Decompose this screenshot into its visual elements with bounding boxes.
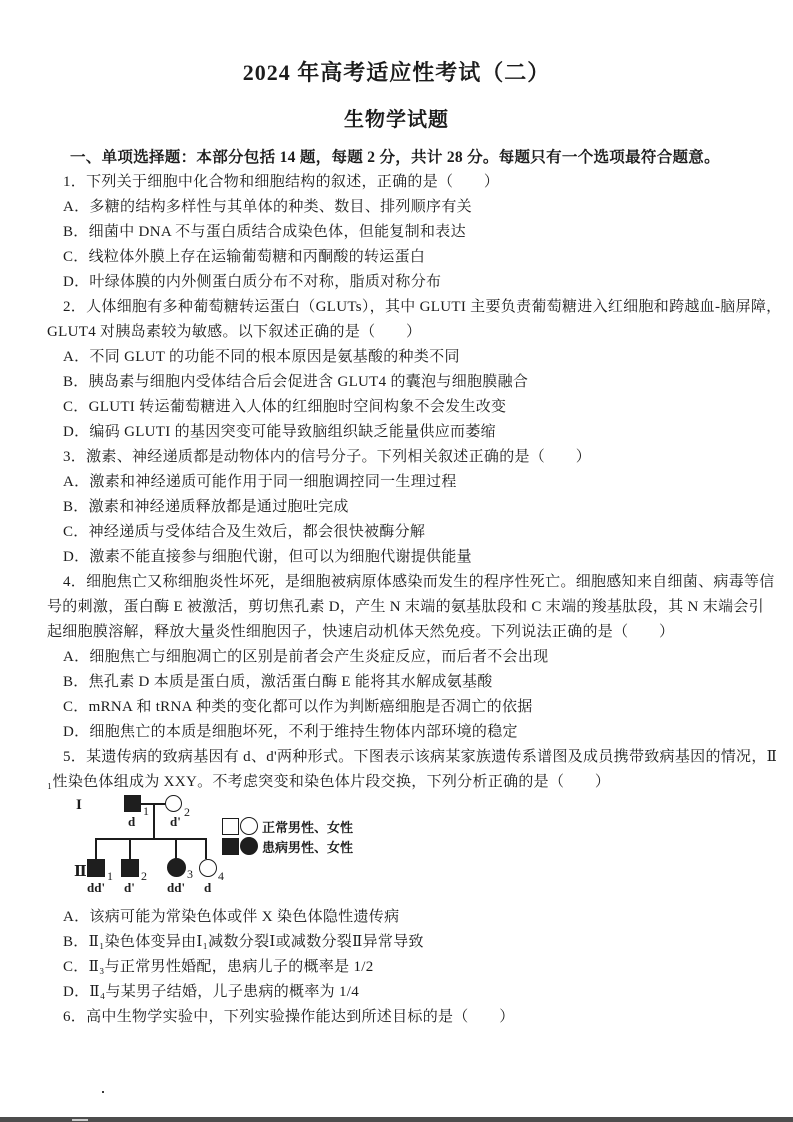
question-5-stem-line-1: 5．某遗传病的致病基因有 d、d'两种形式。下图表示该病某家族遗传系谱图及成员携… xyxy=(47,745,753,770)
question-4-stem-line-2: 号的刺激，蛋白酶 E 被激活，剪切焦孔素 D，产生 N 末端的氨基肽段和 C 末… xyxy=(47,595,753,620)
page-bottom-scan-edge xyxy=(0,1117,793,1122)
drop-line-II2 xyxy=(129,838,131,859)
drop-line-II1 xyxy=(95,838,97,859)
question-5-stem-line-2: ₁性染色体组成为 XXY。不考虑突变和染色体片段交换，下列分析正确的是（ ） xyxy=(47,770,753,795)
question-3-stem: 3．激素、神经递质都是动物体内的信号分子。下列相关叙述正确的是（ ） xyxy=(47,445,753,470)
individual-II1-number: 1 xyxy=(107,870,113,882)
legend-normal-female-icon xyxy=(240,817,258,835)
scan-noise-mark xyxy=(72,1119,88,1121)
individual-II4-genotype: d xyxy=(204,881,211,894)
question-4-option-d: D．细胞焦亡的本质是细胞坏死，不利于维持生物体内部环境的稳定 xyxy=(47,720,753,745)
legend-normal-label: 正常男性、女性 xyxy=(262,820,353,835)
question-1-stem: 1．下列关于细胞中化合物和细胞结构的叙述，正确的是（ ） xyxy=(47,170,753,195)
question-2: 2．人体细胞有多种葡萄糖转运蛋白（GLUTs），其中 GLUTI 主要负责葡萄糖… xyxy=(47,295,753,445)
legend-normal-male-icon xyxy=(222,818,239,835)
individual-II3-number: 3 xyxy=(187,868,193,880)
question-1-option-c: C．线粒体外膜上存在运输葡萄糖和丙酮酸的转运蛋白 xyxy=(47,245,753,270)
individual-I1-number: 1 xyxy=(143,805,149,817)
question-3: 3．激素、神经递质都是动物体内的信号分子。下列相关叙述正确的是（ ） A．激素和… xyxy=(47,445,753,570)
individual-II1-genotype: dd' xyxy=(87,881,105,894)
question-1-option-b: B．细菌中 DNA 不与蛋白质结合成染色体，但能复制和表达 xyxy=(47,220,753,245)
question-3-option-c: C．神经递质与受体结合及生效后，都会很快被酶分解 xyxy=(47,520,753,545)
normal-female-symbol-I2 xyxy=(165,795,182,812)
page-title: 2024 年高考适应性考试（二） xyxy=(0,56,793,87)
generation-1-label: I xyxy=(76,798,82,813)
individual-II2-genotype: d' xyxy=(124,881,135,894)
question-1: 1．下列关于细胞中化合物和细胞结构的叙述，正确的是（ ） A．多糖的结构多样性与… xyxy=(47,170,753,295)
question-5-option-a: A．该病可能为常染色体或伴 X 染色体隐性遗传病 xyxy=(47,905,753,930)
question-3-option-d: D．激素不能直接参与细胞代谢，但可以为细胞代谢提供能量 xyxy=(47,545,753,570)
question-6: 6．高中生物学实验中，下列实验操作能达到所述目标的是（ ） xyxy=(47,1005,753,1030)
individual-II2-number: 2 xyxy=(141,870,147,882)
question-2-stem-line-1: 2．人体细胞有多种葡萄糖转运蛋白（GLUTs），其中 GLUTI 主要负责葡萄糖… xyxy=(47,295,753,320)
question-4-option-a: A．细胞焦亡与细胞凋亡的区别是前者会产生炎症反应，而后者不会出现 xyxy=(47,645,753,670)
question-1-option-a: A．多糖的结构多样性与其单体的种类、数目、排列顺序有关 xyxy=(47,195,753,220)
question-4-stem-line-3: 起细胞膜溶解，释放大量炎性细胞因子，快速启动机体天然免疫。下列说法正确的是（ ） xyxy=(47,620,753,645)
sibling-line xyxy=(95,838,206,840)
question-1-option-d: D．叶绿体膜的内外侧蛋白质分布不对称，脂质对称分布 xyxy=(47,270,753,295)
individual-II3-genotype: dd' xyxy=(167,881,185,894)
generation-2-label: Ⅱ xyxy=(74,865,87,880)
affected-male-symbol-I1 xyxy=(124,795,141,812)
drop-line-II3 xyxy=(175,838,177,859)
scan-dot-artifact xyxy=(102,1091,104,1093)
question-2-option-c: C．GLUTI 转运葡萄糖进入人体的红细胞时空间构象不会发生改变 xyxy=(47,395,753,420)
question-5-option-d: D．Ⅱ₄与某男子结婚，儿子患病的概率为 1/4 xyxy=(47,980,753,1005)
legend-affected-male-icon xyxy=(222,838,239,855)
question-4-option-c: C．mRNA 和 tRNA 种类的变化都可以作为判断癌细胞是否凋亡的依据 xyxy=(47,695,753,720)
question-2-option-d: D．编码 GLUTI 的基因突变可能导致脑组织缺乏能量供应而萎缩 xyxy=(47,420,753,445)
pedigree-figure: I 1 2 d d' Ⅱ 1 2 3 4 dd' d' dd' xyxy=(47,795,753,905)
question-6-stem: 6．高中生物学实验中，下列实验操作能达到所述目标的是（ ） xyxy=(47,1005,753,1030)
question-2-option-b: B．胰岛素与细胞内受体结合后会促进含 GLUT4 的囊泡与细胞膜融合 xyxy=(47,370,753,395)
descent-line xyxy=(153,803,155,839)
individual-I1-genotype: d xyxy=(128,815,135,828)
question-2-option-a: A．不同 GLUT 的功能不同的根本原因是氨基酸的种类不同 xyxy=(47,345,753,370)
page-subtitle: 生物学试题 xyxy=(0,103,793,132)
normal-female-symbol-II4 xyxy=(199,859,217,877)
question-4-option-b: B．焦孔素 D 本质是蛋白质，激活蛋白酶 E 能将其水解成氨基酸 xyxy=(47,670,753,695)
individual-I2-number: 2 xyxy=(184,806,190,818)
drop-line-II4 xyxy=(205,838,207,859)
question-3-option-b: B．激素和神经递质释放都是通过胞吐完成 xyxy=(47,495,753,520)
document-body: 一、单项选择题：本部分包括 14 题，每题 2 分，共计 28 分。每题只有一个… xyxy=(47,145,753,1030)
question-5-option-b: B．Ⅱ₁染色体变异由Ⅰ₁减数分裂Ⅰ或减数分裂Ⅱ异常导致 xyxy=(47,930,753,955)
question-3-option-a: A．激素和神经递质可能作用于同一细胞调控同一生理过程 xyxy=(47,470,753,495)
question-5-option-c: C．Ⅱ₃与正常男性婚配，患病儿子的概率是 1/2 xyxy=(47,955,753,980)
affected-male-symbol-II1 xyxy=(87,859,105,877)
question-5: 5．某遗传病的致病基因有 d、d'两种形式。下图表示该病某家族遗传系谱图及成员携… xyxy=(47,745,753,1005)
affected-male-symbol-II2 xyxy=(121,859,139,877)
legend-affected-female-icon xyxy=(240,837,258,855)
section-heading: 一、单项选择题：本部分包括 14 题，每题 2 分，共计 28 分。每题只有一个… xyxy=(47,145,753,170)
legend-affected-label: 患病男性、女性 xyxy=(262,840,353,855)
affected-female-symbol-II3 xyxy=(167,858,186,877)
question-4: 4．细胞焦亡又称细胞炎性坏死，是细胞被病原体感染而发生的程序性死亡。细胞感知来自… xyxy=(47,570,753,745)
question-2-stem-line-2: GLUT4 对胰岛素较为敏感。以下叙述正确的是（ ） xyxy=(47,320,753,345)
question-4-stem-line-1: 4．细胞焦亡又称细胞炎性坏死，是细胞被病原体感染而发生的程序性死亡。细胞感知来自… xyxy=(47,570,753,595)
individual-I2-genotype: d' xyxy=(170,815,181,828)
individual-II4-number: 4 xyxy=(218,870,224,882)
